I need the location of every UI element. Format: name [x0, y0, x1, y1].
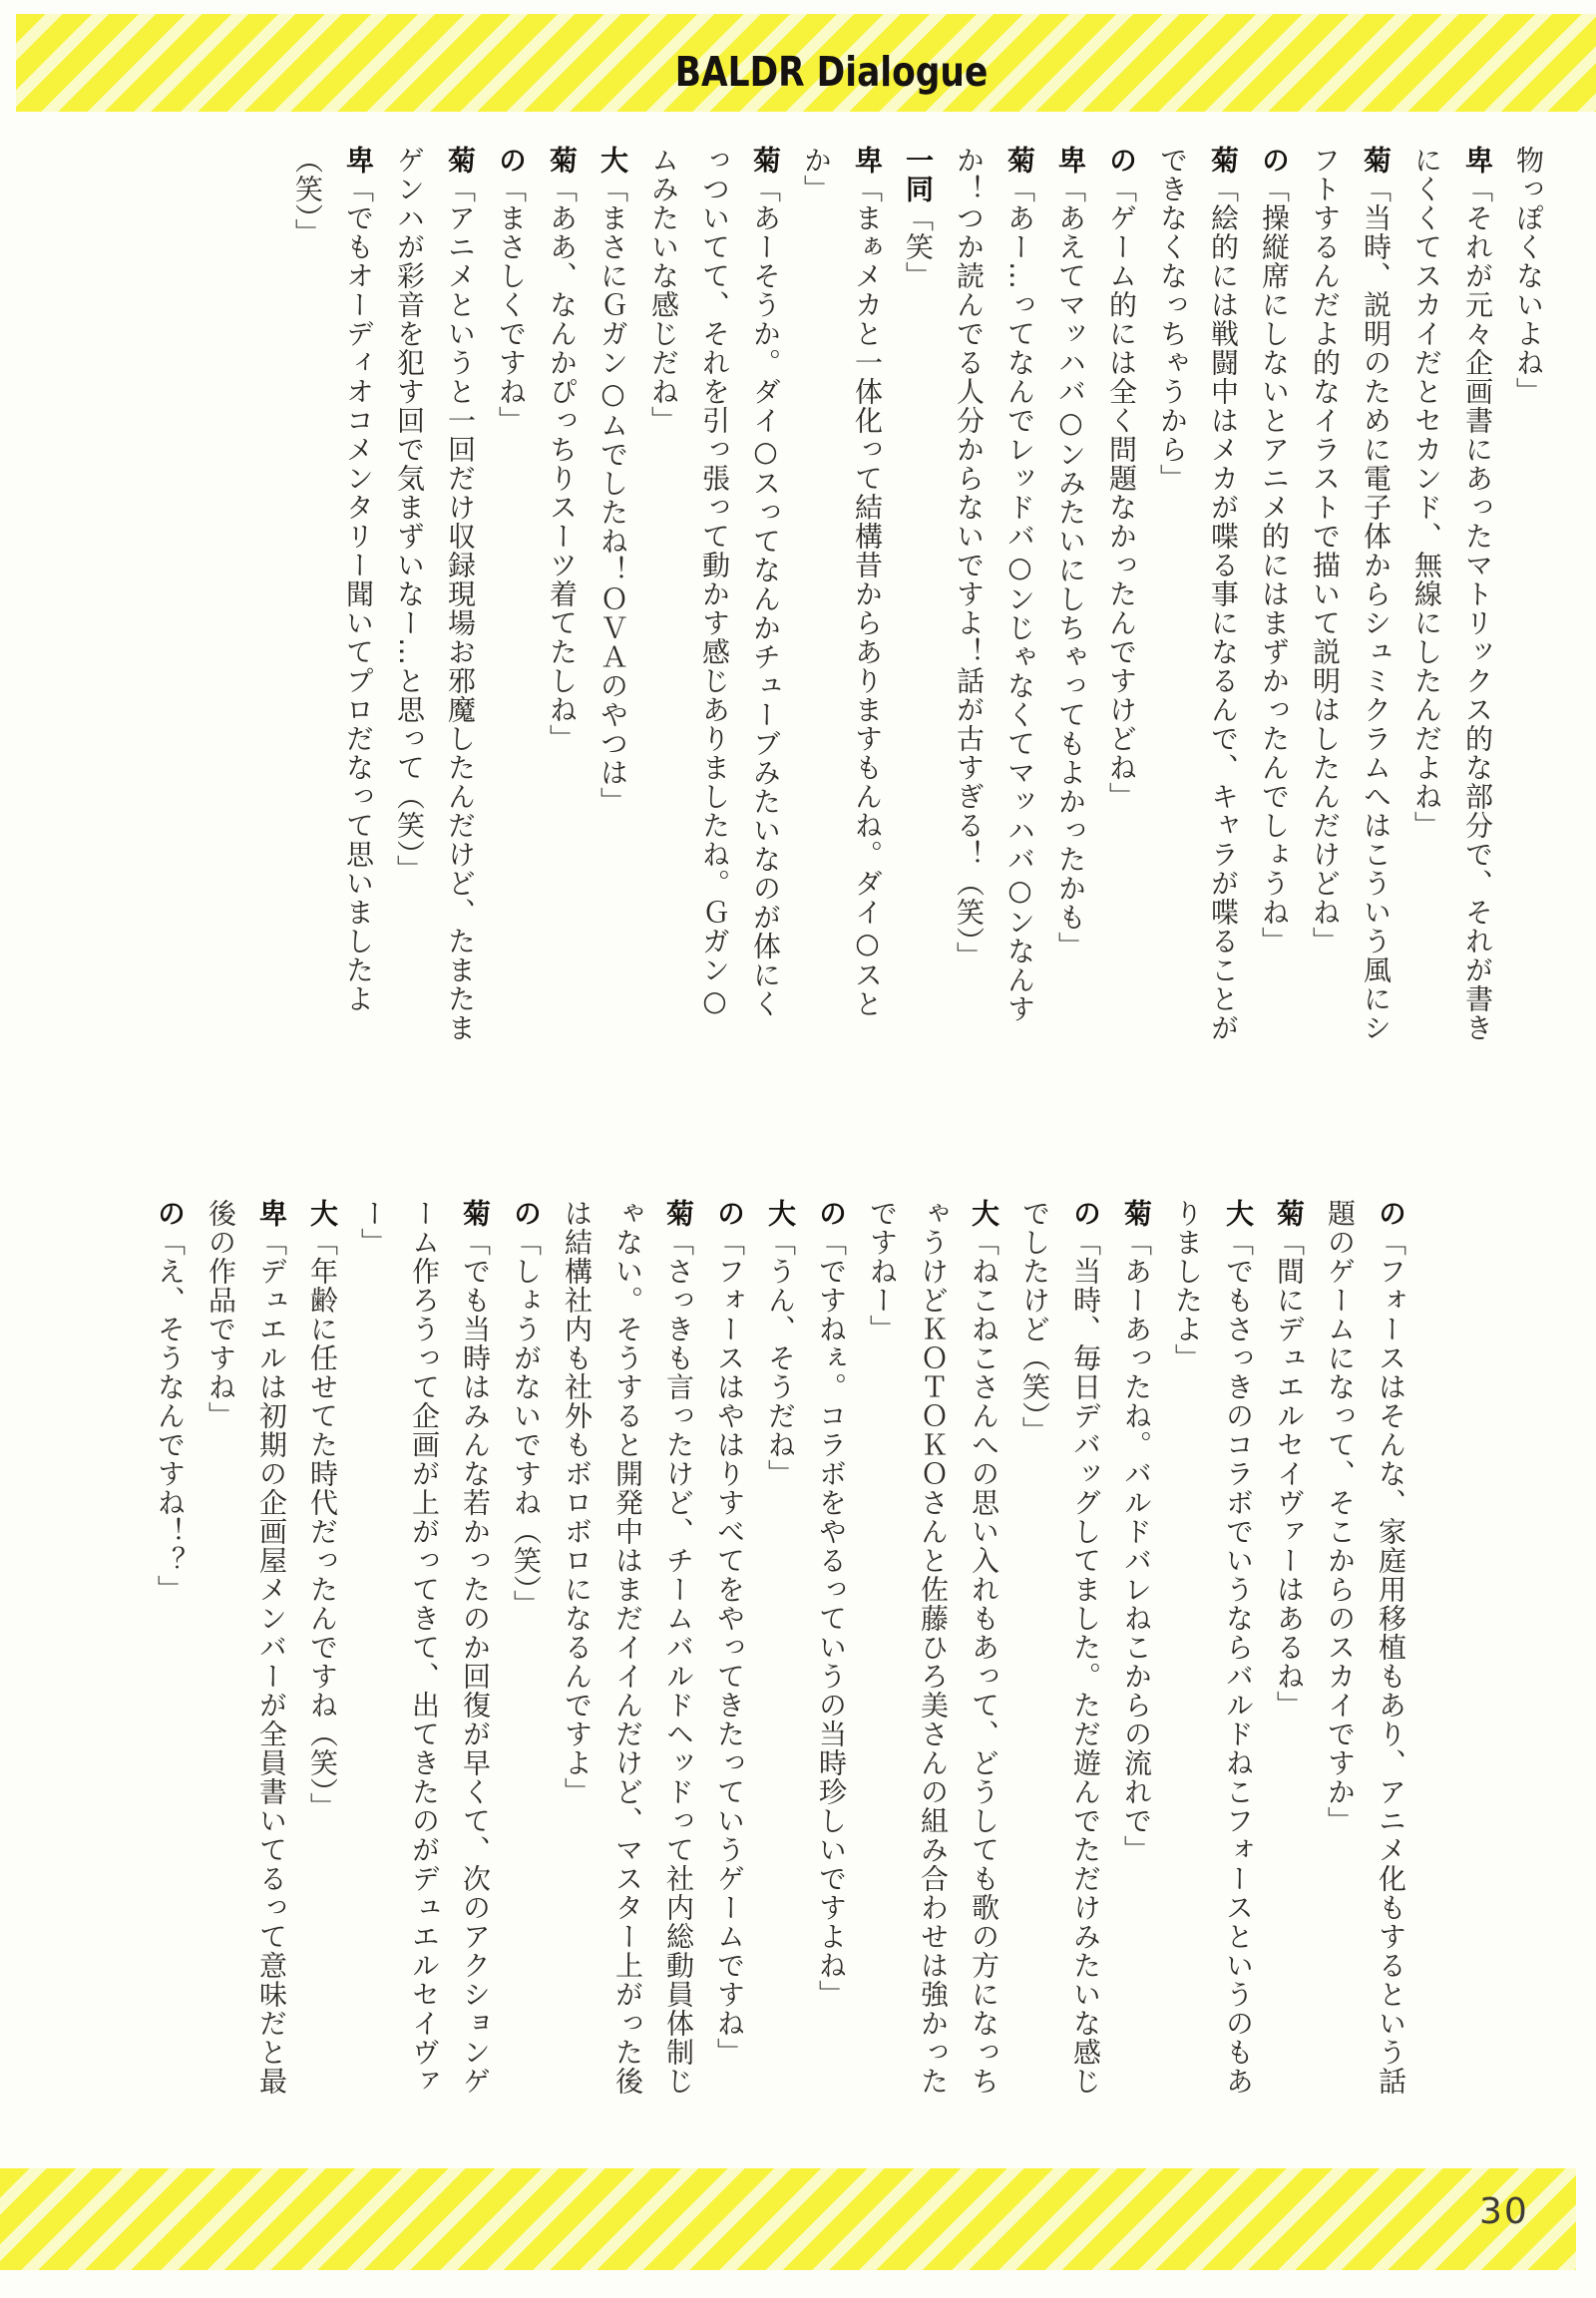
speaker-label: の — [510, 1199, 543, 1228]
speech-text: 「年齢に任せてた時代だったんですね（笑）」 — [306, 1228, 339, 1821]
speech-text: 「あーあったね。バルドバレねこからの流れで」 — [1120, 1228, 1153, 1864]
speaker-label: 大 — [764, 1199, 797, 1228]
speech-text: 「ですねぇ。コラボをやるっていうの当時珍しいですよね」 — [815, 1228, 848, 2009]
dialog-block-upper: 物っぽくないよね」 卑「それが元々企画書にあったマトリックス的な部分で、それが書… — [78, 146, 1554, 1043]
speaker-label: 大 — [306, 1199, 339, 1228]
dialog-line: の「しょうがないですね（笑）」 — [501, 1199, 552, 2097]
speech-text: 物っぽくないよね」 — [1512, 146, 1545, 406]
page-number: 30 — [1479, 2194, 1529, 2230]
speaker-label: 大 — [597, 146, 629, 175]
dialog-line: 大「うん、そうだね」 — [755, 1199, 806, 2097]
speech-text: 「え、そうなんですね！？」 — [154, 1228, 187, 1604]
speaker-label: 大 — [1222, 1199, 1255, 1228]
dialog-line: の「ゲーム的には全く問題なかったんですけどね」 — [1096, 146, 1147, 1043]
page-title: BALDR Dialogue — [674, 52, 988, 93]
speaker-label: 菊 — [546, 146, 579, 175]
speaker-label: の — [495, 146, 528, 175]
magazine-page: BALDR Dialogue 物っぽくないよね」 卑「それが元々企画書にあったマ… — [0, 0, 1596, 2298]
dialog-line: 菊「さっきも言ったけど、チームバルドヘッドって社内総動員体制じゃない。そうすると… — [552, 1199, 704, 2097]
speech-text: 「フォースはやはりすべてをやってきたっていうゲームですね」 — [713, 1228, 746, 2067]
speaker-label: の — [1105, 146, 1138, 175]
speaker-label: 一同 — [902, 146, 935, 203]
dialog-line: 菊「アニメというと一回だけ収録現場お邪魔したんだけど、たまたまゲンハが彩音を犯す… — [384, 146, 486, 1043]
speech-text: 「デュエルは初期の企画屋メンバーが全員書いてるって意味だと最後の作品ですね」 — [204, 1199, 288, 2096]
dialog-line: 物っぽくないよね」 — [1503, 146, 1554, 1043]
speaker-label: 卑 — [1054, 146, 1087, 175]
dialog-line: 菊「ああ、なんかぴっちりスーツ着てたしね」 — [537, 146, 588, 1043]
dialog-line: の「え、そうなんですね！？」 — [145, 1199, 196, 2097]
speaker-label: の — [1258, 146, 1291, 175]
speech-text: 「操縦席にしないとアニメ的にはまずかったんでしょうね」 — [1258, 175, 1291, 956]
speech-text: 「フォースはそんな、家庭用移植もあり、アニメ化もするという話題のゲームになって、… — [1324, 1199, 1407, 2096]
dialog-line: 菊「絵的には戦闘中はメカが喋る事になるんで、キャラが喋ることができなくなっちゃう… — [1147, 146, 1249, 1043]
speech-text: 「しょうがないですね（笑）」 — [510, 1228, 543, 1619]
dialog-line: 菊「あーあったね。バルドバレねこからの流れで」 — [1111, 1199, 1162, 2097]
speech-text: 「まさにＧガン○ムでしたね！ＯＶＡのやつは」 — [597, 175, 629, 816]
speech-text: 「あえてマッハバ○ンみたいにしちゃってもよかったかも」 — [1054, 175, 1087, 960]
dialog-line: 大「年齢に任せてた時代だったんですね（笑）」 — [297, 1199, 348, 2097]
speech-text: 「さっきも言ったけど、チームバルドヘッドって社内総動員体制じゃない。そうすると開… — [561, 1199, 695, 2096]
speaker-label: 菊 — [1207, 146, 1240, 175]
dialog-line: の「フォースはやはりすべてをやってきたっていうゲームですね」 — [704, 1199, 755, 2097]
speaker-label: 菊 — [1120, 1199, 1153, 1228]
speaker-label: 菊 — [1360, 146, 1393, 175]
speaker-label: 菊 — [662, 1199, 695, 1228]
speech-text: 「あー…ってなんでレッドバ○ンじゃなくてマッハバ○ンなんすか！つか読んでる人分か… — [953, 146, 1036, 1023]
speaker-label: 卑 — [255, 1199, 288, 1228]
speech-text: 「まさしくですね」 — [495, 175, 528, 435]
dialog-line: の「ですねぇ。コラボをやるっていうの当時珍しいですよね」 — [806, 1199, 857, 2097]
dialog-line: 菊「当時、説明のために電子体からシュミクラムへはこういう風にシフトするんだよ的な… — [1300, 146, 1401, 1043]
speaker-label: 卑 — [1461, 146, 1494, 175]
dialog-line: 菊「間にデュエルセイヴァーはあるね」 — [1264, 1199, 1315, 2097]
speech-text: 「あーそうか。ダイ○スってなんかチューブみたいなのが体にくっついてて、それを引っ… — [647, 146, 782, 1018]
speech-text: 「絵的には戦闘中はメカが喋る事になるんで、キャラが喋ることができなくなっちゃうか… — [1156, 146, 1240, 1042]
speaker-label: 菊 — [459, 1199, 492, 1228]
speech-text: 「うん、そうだね」 — [764, 1228, 797, 1488]
speaker-label: 菊 — [444, 146, 477, 175]
dialog-line: の「当時、毎日デバッグしてました。ただ遊んでただけみたいな感じでしたけど（笑）」 — [1009, 1199, 1111, 2097]
dialog-line: 卑「まぁメカと一体化って結構昔からありますもんね。ダイ○スとか」 — [791, 146, 893, 1043]
speaker-label: 大 — [968, 1199, 1000, 1228]
dialog-line: の「フォースはそんな、家庭用移植もあり、アニメ化もするという話題のゲームになって… — [1315, 1199, 1416, 2097]
speech-text: 「ねこねこさんへの思い入れもあって、どうしても歌の方になっちゃうけどＫＯＴＯＫＯ… — [866, 1199, 1000, 2096]
speech-text: 「笑」 — [902, 203, 935, 290]
dialog-line: の「まさしくですね」 — [486, 146, 537, 1043]
speaker-label: 卑 — [342, 146, 375, 175]
speech-text: 「でもさっきのコラボでいうならバルドねこフォースというのもありましたよ」 — [1171, 1199, 1255, 2096]
speech-text: 「当時、説明のために電子体からシュミクラムへはこういう風にシフトするんだよ的なイ… — [1309, 146, 1393, 1042]
dialog-line: 大「ねこねこさんへの思い入れもあって、どうしても歌の方になっちゃうけどＫＯＴＯＫ… — [857, 1199, 1009, 2097]
speaker-label: 菊 — [1273, 1199, 1306, 1228]
dialog-line: 一同「笑」 — [893, 146, 944, 1043]
speaker-label: の — [1375, 1199, 1407, 1228]
dialog-line: の「操縦席にしないとアニメ的にはまずかったんでしょうね」 — [1249, 146, 1300, 1043]
speech-text: 「でも当時はみんな若かったのか回復が早くて、次のアクションゲーム作ろうって企画が… — [357, 1199, 492, 2096]
speech-text: 「アニメというと一回だけ収録現場お邪魔したんだけど、たまたまゲンハが彩音を犯す回… — [393, 146, 477, 1042]
speech-text: 「まぁメカと一体化って結構昔からありますもんね。ダイ○スとか」 — [800, 146, 884, 1018]
speaker-label: 菊 — [1003, 146, 1036, 175]
dialog-line: 卑「それが元々企画書にあったマトリックス的な部分で、それが書きにくくてスカイだと… — [1401, 146, 1503, 1043]
bottom-stripe-banner — [0, 2168, 1576, 2270]
speech-text: 「ああ、なんかぴっちりスーツ着てたしね」 — [546, 175, 579, 753]
speaker-label: の — [815, 1199, 848, 1228]
dialog-line: 菊「あーそうか。ダイ○スってなんかチューブみたいなのが体にくっついてて、それを引… — [638, 146, 791, 1043]
speaker-label: の — [713, 1199, 746, 1228]
dialog-line: 大「まさにＧガン○ムでしたね！ＯＶＡのやつは」 — [588, 146, 638, 1043]
dialog-line: 大「でもさっきのコラボでいうならバルドねこフォースというのもありましたよ」 — [1162, 1199, 1264, 2097]
speech-text: 「ゲーム的には全く問題なかったんですけどね」 — [1105, 175, 1138, 811]
dialog-line: 卑「あえてマッハバ○ンみたいにしちゃってもよかったかも」 — [1045, 146, 1096, 1043]
dialog-line: 菊「あー…ってなんでレッドバ○ンじゃなくてマッハバ○ンなんすか！つか読んでる人分… — [944, 146, 1045, 1043]
speech-text: 「当時、毎日デバッグしてました。ただ遊んでただけみたいな感じでしたけど（笑）」 — [1018, 1199, 1102, 2096]
speech-text: 「間にデュエルセイヴァーはあるね」 — [1273, 1228, 1306, 1720]
dialog-line: 菊「でも当時はみんな若かったのか回復が早くて、次のアクションゲーム作ろうって企画… — [348, 1199, 501, 2097]
speech-text: 「それが元々企画書にあったマトリックス的な部分で、それが書きにくくてスカイだとセ… — [1410, 146, 1494, 1042]
dialog-line: 卑「でもオーディオコメンタリー聞いてプロだなって思いましたよ（笑）」 — [282, 146, 384, 1043]
speech-text: 「でもオーディオコメンタリー聞いてプロだなって思いましたよ（笑）」 — [291, 146, 375, 1013]
speaker-label: の — [154, 1199, 187, 1228]
speaker-label: の — [1069, 1199, 1102, 1228]
dialog-line: 卑「デュエルは初期の企画屋メンバーが全員書いてるって意味だと最後の作品ですね」 — [196, 1199, 297, 2097]
speaker-label: 卑 — [851, 146, 884, 175]
dialog-block-lower: の「フォースはそんな、家庭用移植もあり、アニメ化もするという話題のゲームになって… — [80, 1199, 1416, 2097]
speaker-label: 菊 — [749, 146, 782, 175]
